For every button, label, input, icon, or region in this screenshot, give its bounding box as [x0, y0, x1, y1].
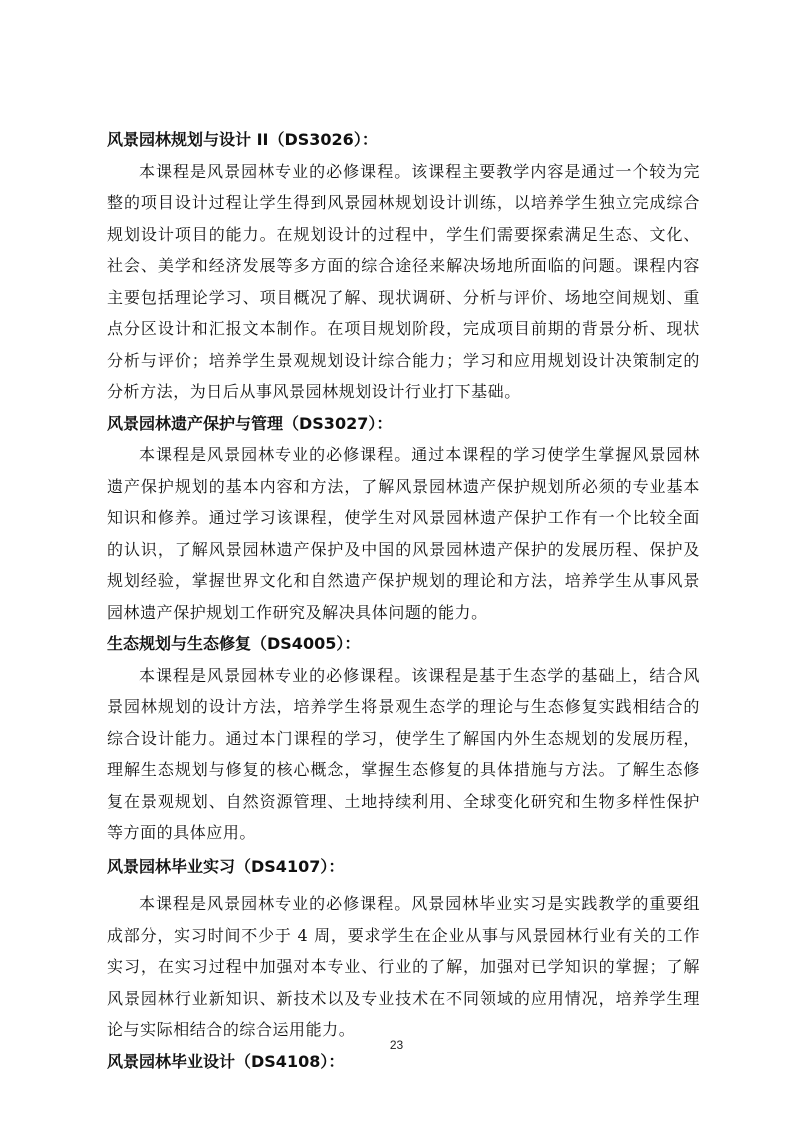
document-page: 风景园林规划与设计 II（DS3026）： 本课程是风景园林专业的必修课程。该课…	[107, 124, 700, 1077]
section-body-ds4005: 本课程是风景园林专业的必修课程。该课程是基于生态学的基础上，结合风景园林规划的设…	[107, 660, 700, 849]
section-heading-ds3026: 风景园林规划与设计 II（DS3026）：	[107, 124, 700, 156]
section-heading-ds3027: 风景园林遗产保护与管理（DS3027）：	[107, 408, 700, 440]
section-heading-ds4005: 生态规划与生态修复（DS4005）：	[107, 628, 700, 660]
section-body-ds4107: 本课程是风景园林专业的必修课程。风景园林毕业实习是实践教学的重要组成部分，实习时…	[107, 888, 700, 1046]
section-heading-ds4107: 风景园林毕业实习（DS4107）：	[107, 851, 700, 883]
section-body-ds3026: 本课程是风景园林专业的必修课程。该课程主要教学内容是通过一个较为完整的项目设计过…	[107, 156, 700, 408]
page-number: 23	[0, 1038, 793, 1052]
section-body-ds3027: 本课程是风景园林专业的必修课程。通过本课程的学习使学生掌握风景园林遗产保护规划的…	[107, 439, 700, 628]
